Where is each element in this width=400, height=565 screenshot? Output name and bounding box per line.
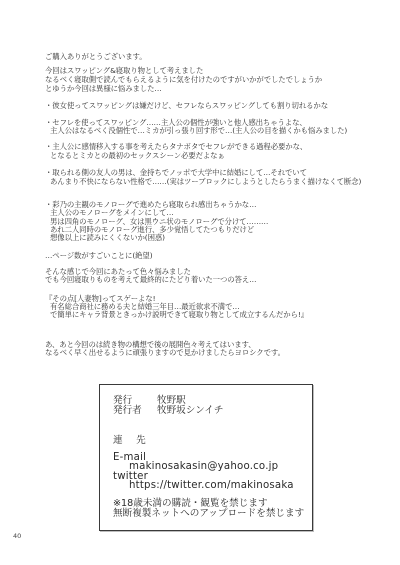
contact-label: 連 先 [113, 436, 148, 446]
author-value: 牧野坂シンイチ [157, 406, 223, 416]
closing-line: なるべく早く出せるように頑張りますので見かけましたらヨロシクです。 [45, 348, 285, 357]
conclusion-line: でも今回寝取りものを考えて最終的にたどり着いた一つの答え… [45, 275, 256, 284]
bullet-line: 想像以上に読みにくくないか(困惑) [50, 233, 165, 242]
upload-notice: 無断複製ネットへのアップロードを禁じます [113, 509, 304, 519]
despair-text: …ページ数がすごいことに(絶望) [45, 251, 153, 260]
book-page: ご購入ありがとうございます。 今回はスワッピング&寝取り物として考えました なる… [0, 0, 400, 565]
bullet-line: あんまり不快にならない性格で……(実はツーブロックにしようとしたらうまく描けなく… [50, 177, 361, 186]
author-label: 発行者 [113, 406, 142, 416]
bullet-line: 主人公はなるべく没個性で…ミカが引っ張り回す形で…(主人公の目を描くかも悩みまし… [50, 126, 347, 135]
greeting-text: ご購入ありがとうございます。 [45, 52, 146, 61]
page-number: 40 [13, 532, 21, 540]
twitter-link[interactable]: https://twitter.com/makinosaka [129, 481, 294, 491]
bullet-line: となるとミカとの最初のセックスシーン必要だよなぁ [50, 151, 225, 160]
bullet-line: ・主人公に感情移入する事を考えたらタナボタでセフレができる過程必要かな、 [45, 142, 307, 151]
bullet-line: ・彼女使ってスワッピングは嫌だけど、セフレならスワッピングしても割り切れるかな [45, 101, 328, 110]
intro-line: とゆうか今回は異様に悩みました… [45, 84, 162, 93]
quote-line: で簡単にキャラ背景ときっかけ説明できて寝取り物として成立するんだから!』 [50, 310, 308, 319]
bullet-line: 主人公のモノローグをメインにして… [50, 208, 174, 217]
colophon-box: 発行 牧野駅 発行者 牧野坂シンイチ 連 先 E-mail makinosaka… [99, 384, 313, 531]
bullet-line: ・取られる側の友人の男は、金持ちでノッポで大学中に結婚にして…それでいて [45, 168, 307, 177]
intro-line: 今回はスワッピング&寝取り物として考えました [45, 66, 203, 75]
email-link[interactable]: makinosakasin@yahoo.co.jp [129, 462, 278, 472]
intro-line: なるべく寝取側で読んでもらえるように気を付けたのですがいかがでしたでしょうか [45, 75, 322, 84]
